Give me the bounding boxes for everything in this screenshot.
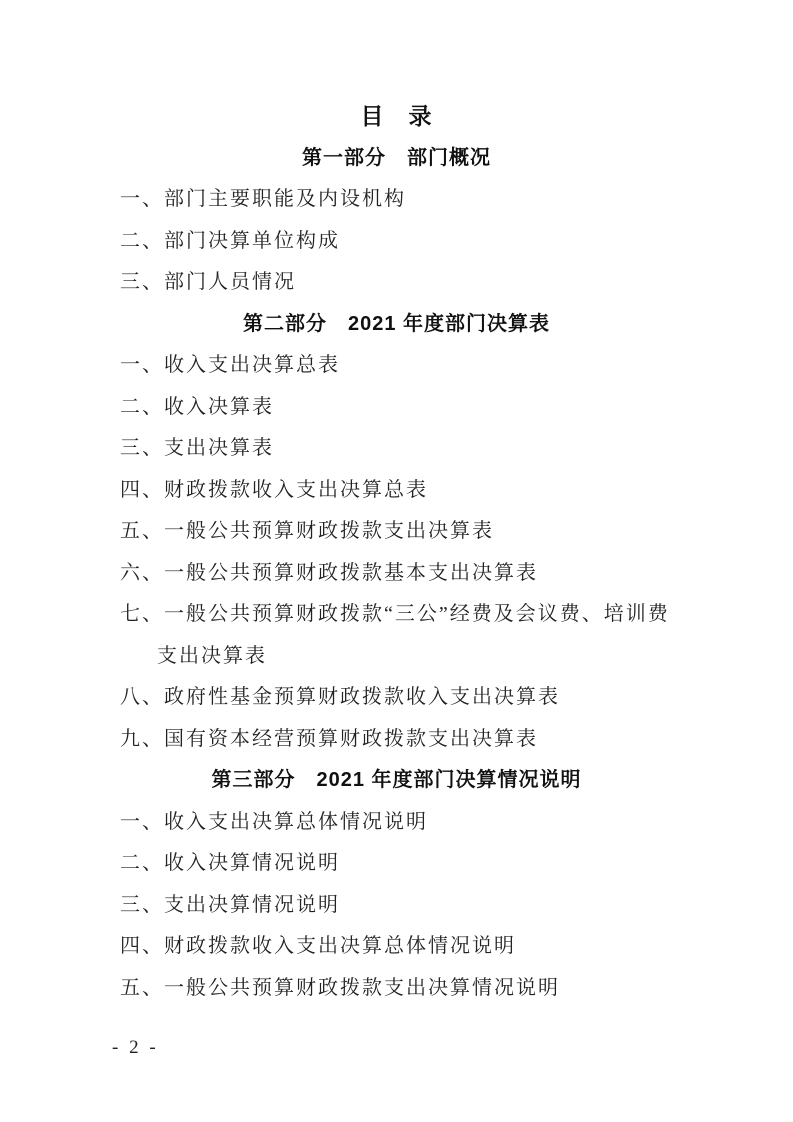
toc-item: 四、财政拨款收入支出决算总表	[0, 470, 793, 512]
toc-item: 一、部门主要职能及内设机构	[0, 179, 793, 221]
section-heading-part1: 第一部分 部门概况	[0, 138, 793, 180]
toc-item: 五、一般公共预算财政拨款支出决算情况说明	[0, 968, 793, 1010]
page-title: 目 录	[0, 96, 793, 138]
toc-item: 二、收入决算表	[0, 387, 793, 429]
toc-item: 一、收入支出决算总体情况说明	[0, 802, 793, 844]
toc-item: 三、支出决算情况说明	[0, 885, 793, 927]
table-of-contents: 目 录 第一部分 部门概况 一、部门主要职能及内设机构 二、部门决算单位构成 三…	[0, 96, 793, 1009]
toc-item: 三、部门人员情况	[0, 262, 793, 304]
toc-item: 二、收入决算情况说明	[0, 843, 793, 885]
toc-item: 五、一般公共预算财政拨款支出决算表	[0, 511, 793, 553]
toc-item: 八、政府性基金预算财政拨款收入支出决算表	[0, 677, 793, 719]
toc-item: 六、一般公共预算财政拨款基本支出决算表	[0, 553, 793, 595]
section-heading-part2: 第二部分 2021 年度部门决算表	[0, 304, 793, 346]
toc-item: 二、部门决算单位构成	[0, 221, 793, 263]
toc-item: 三、支出决算表	[0, 428, 793, 470]
document-page: 目 录 第一部分 部门概况 一、部门主要职能及内设机构 二、部门决算单位构成 三…	[0, 0, 793, 1122]
toc-item-continuation: 支出决算表	[0, 636, 793, 678]
toc-item: 四、财政拨款收入支出决算总体情况说明	[0, 926, 793, 968]
section-heading-part3: 第三部分 2021 年度部门决算情况说明	[0, 760, 793, 802]
toc-item: 七、一般公共预算财政拨款“三公”经费及会议费、培训费	[0, 594, 793, 636]
page-number: - 2 -	[112, 1036, 159, 1060]
toc-item: 九、国有资本经营预算财政拨款支出决算表	[0, 719, 793, 761]
toc-item: 一、收入支出决算总表	[0, 345, 793, 387]
